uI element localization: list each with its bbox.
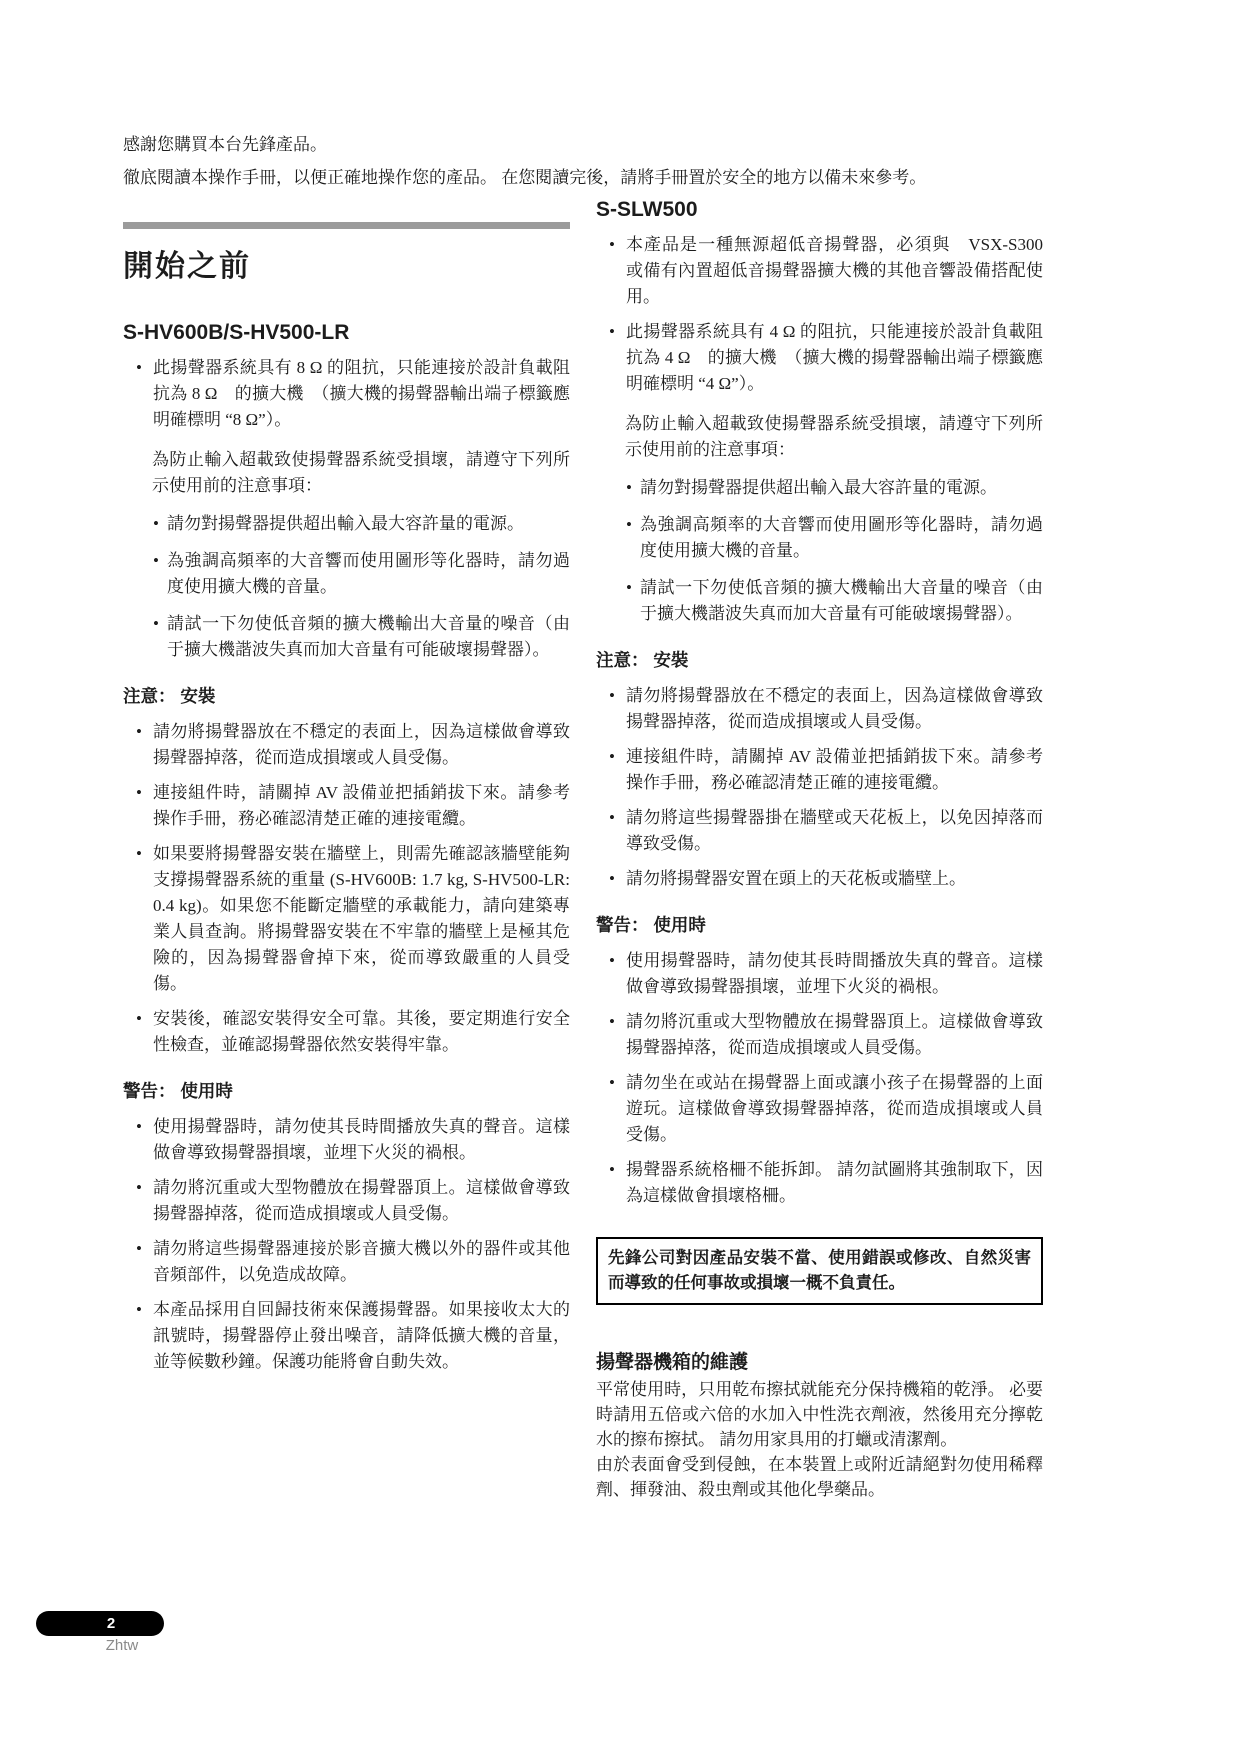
caution-install-heading-right: 注意： 安裝 xyxy=(596,647,1043,672)
page-number: 2 xyxy=(107,1615,115,1632)
list-item: 請勿對揚聲器提供超出輸入最大容許量的電源。 xyxy=(625,475,1043,501)
shv-model-bullet-list: 此揚聲器系統具有 8 Ω 的阻抗，只能連接於設計負載阻抗為 8 Ω 的擴大機 （… xyxy=(123,355,570,433)
list-item: 本產品是一種無源超低音揚聲器，必須與 VSX-S300 或備有內置超低音揚聲器擴… xyxy=(596,232,1043,310)
list-item: 本產品採用自回歸技術來保護揚聲器。如果接收太大的訊號時，揚聲器停止發出噪音，請降… xyxy=(123,1297,570,1375)
warning-use-heading-left: 警告： 使用時 xyxy=(123,1078,570,1103)
list-item: 揚聲器系統格柵不能拆卸。 請勿試圖將其強制取下，因為這樣做會損壞格柵。 xyxy=(596,1157,1043,1209)
list-item: 請勿將揚聲器放在不穩定的表面上，因為這樣做會導致揚聲器掉落，從而造成損壞或人員受… xyxy=(123,719,570,771)
slw-model-bullet-list: 本產品是一種無源超低音揚聲器，必須與 VSX-S300 或備有內置超低音揚聲器擴… xyxy=(596,232,1043,397)
intro-line-2: 徹底閱讀本操作手冊，以便正確地操作您的產品。 在您閱讀完後，請將手冊置於安全的地… xyxy=(123,165,1043,191)
warning-use-heading-right: 警告： 使用時 xyxy=(596,912,1043,937)
list-item: 為強調高頻率的大音響而使用圖形等化器時，請勿過度使用擴大機的音量。 xyxy=(152,548,570,600)
two-column-layout: 開始之前 S-HV600B/S-HV500-LR 此揚聲器系統具有 8 Ω 的阻… xyxy=(123,198,1043,1502)
manual-page: 感謝您購買本台先鋒產品。 徹底閱讀本操作手冊，以便正確地操作您的產品。 在您閱讀… xyxy=(0,0,1241,1754)
title-accent-bar xyxy=(123,222,570,229)
maintenance-paragraph-1: 平常使用時，只用乾布擦拭就能充分保持機箱的乾淨。 必要時請用五倍或六倍的水加入中… xyxy=(596,1377,1043,1452)
left-column: 開始之前 S-HV600B/S-HV500-LR 此揚聲器系統具有 8 Ω 的阻… xyxy=(123,222,570,1384)
list-item: 請勿將沉重或大型物體放在揚聲器頂上。這樣做會導致揚聲器掉落，從而造成損壞或人員受… xyxy=(596,1009,1043,1061)
disclaimer-box: 先鋒公司對因產品安裝不當、使用錯誤或修改、自然災害而導致的任何事故或損壞一概不負… xyxy=(596,1237,1043,1305)
language-code: Zhtw xyxy=(96,1637,148,1654)
caution-install-list-right: 請勿將揚聲器放在不穩定的表面上，因為這樣做會導致揚聲器掉落，從而造成損壞或人員受… xyxy=(596,683,1043,892)
list-item: 請試一下勿使低音頻的擴大機輸出大音量的噪音（由于擴大機諧波失真而加大音量有可能破… xyxy=(152,611,570,663)
slw-precaution-block: 為防止輸入超載致使揚聲器系統受損壞，請遵守下列所示使用前的注意事項： 請勿對揚聲… xyxy=(625,411,1043,627)
precaution-intro: 為防止輸入超載致使揚聲器系統受損壞，請遵守下列所示使用前的注意事項： xyxy=(625,411,1043,463)
list-item: 此揚聲器系統具有 4 Ω 的阻抗，只能連接於設計負載阻抗為 4 Ω 的擴大機 （… xyxy=(596,319,1043,397)
list-item: 請勿將揚聲器放在不穩定的表面上，因為這樣做會導致揚聲器掉落，從而造成損壞或人員受… xyxy=(596,683,1043,735)
list-item: 請勿將揚聲器安置在頭上的天花板或牆壁上。 xyxy=(596,866,1043,892)
list-item: 此揚聲器系統具有 8 Ω 的阻抗，只能連接於設計負載阻抗為 8 Ω 的擴大機 （… xyxy=(123,355,570,433)
intro-line-1: 感謝您購買本台先鋒產品。 xyxy=(123,132,1043,158)
list-item: 請勿坐在或站在揚聲器上面或讓小孩子在揚聲器的上面遊玩。這樣做會導致揚聲器掉落，從… xyxy=(596,1070,1043,1148)
slw-precaution-list: 請勿對揚聲器提供超出輸入最大容許量的電源。為強調高頻率的大音響而使用圖形等化器時… xyxy=(625,475,1043,627)
precaution-intro: 為防止輸入超載致使揚聲器系統受損壞，請遵守下列所示使用前的注意事項： xyxy=(152,447,570,499)
warning-use-list-left: 使用揚聲器時，請勿使其長時間播放失真的聲音。這樣做會導致揚聲器損壞，並埋下火災的… xyxy=(123,1114,570,1375)
list-item: 如果要將揚聲器安裝在牆壁上，則需先確認該牆壁能夠支撐揚聲器系統的重量 (S-HV… xyxy=(123,841,570,997)
list-item: 請勿將這些揚聲器掛在牆壁或天花板上，以免因掉落而導致受傷。 xyxy=(596,805,1043,857)
list-item: 安裝後，確認安裝得安全可靠。其後，要定期進行安全性檢查，並確認揚聲器依然安裝得牢… xyxy=(123,1006,570,1058)
warning-use-list-right: 使用揚聲器時，請勿使其長時間播放失真的聲音。這樣做會導致揚聲器損壞，並埋下火災的… xyxy=(596,948,1043,1209)
page-number-pill: 2 xyxy=(36,1611,164,1636)
caution-install-list-left: 請勿將揚聲器放在不穩定的表面上，因為這樣做會導致揚聲器掉落，從而造成損壞或人員受… xyxy=(123,719,570,1058)
page-title: 開始之前 xyxy=(123,241,570,285)
list-item: 使用揚聲器時，請勿使其長時間播放失真的聲音。這樣做會導致揚聲器損壞，並埋下火災的… xyxy=(596,948,1043,1000)
list-item: 請勿將這些揚聲器連接於影音擴大機以外的器件或其他音頻部件，以免造成故障。 xyxy=(123,1236,570,1288)
model-heading-shv600b: S-HV600B/S-HV500-LR xyxy=(123,321,570,345)
list-item: 為強調高頻率的大音響而使用圖形等化器時，請勿過度使用擴大機的音量。 xyxy=(625,512,1043,564)
list-item: 連接組件時，請關掉 AV 設備並把插銷拔下來。請參考操作手冊，務必確認清楚正確的… xyxy=(123,780,570,832)
shv-precaution-list: 請勿對揚聲器提供超出輸入最大容許量的電源。為強調高頻率的大音響而使用圖形等化器時… xyxy=(152,511,570,663)
maintenance-heading: 揚聲器機箱的維護 xyxy=(596,1347,1043,1374)
caution-install-heading-left: 注意： 安裝 xyxy=(123,683,570,708)
shv-precaution-block: 為防止輸入超載致使揚聲器系統受損壞，請遵守下列所示使用前的注意事項： 請勿對揚聲… xyxy=(152,447,570,663)
model-heading-sslw500: S-SLW500 xyxy=(596,198,1043,222)
list-item: 請勿對揚聲器提供超出輸入最大容許量的電源。 xyxy=(152,511,570,537)
maintenance-paragraph-2: 由於表面會受到侵蝕，在本裝置上或附近請絕對勿使用稀釋劑、揮發油、殺虫劑或其他化學… xyxy=(596,1452,1043,1502)
list-item: 請試一下勿使低音頻的擴大機輸出大音量的噪音（由于擴大機諧波失真而加大音量有可能破… xyxy=(625,575,1043,627)
intro-block: 感謝您購買本台先鋒產品。 徹底閱讀本操作手冊，以便正確地操作您的產品。 在您閱讀… xyxy=(123,132,1043,191)
list-item: 請勿將沉重或大型物體放在揚聲器頂上。這樣做會導致揚聲器掉落，從而造成損壞或人員受… xyxy=(123,1175,570,1227)
right-column: S-SLW500 本產品是一種無源超低音揚聲器，必須與 VSX-S300 或備有… xyxy=(596,198,1043,1502)
maintenance-block: 平常使用時，只用乾布擦拭就能充分保持機箱的乾淨。 必要時請用五倍或六倍的水加入中… xyxy=(596,1377,1043,1502)
list-item: 連接組件時，請關掉 AV 設備並把插銷拔下來。請參考操作手冊，務必確認清楚正確的… xyxy=(596,744,1043,796)
list-item: 使用揚聲器時，請勿使其長時間播放失真的聲音。這樣做會導致揚聲器損壞，並埋下火災的… xyxy=(123,1114,570,1166)
page-content: 感謝您購買本台先鋒產品。 徹底閱讀本操作手冊，以便正確地操作您的產品。 在您閱讀… xyxy=(123,132,1043,1502)
